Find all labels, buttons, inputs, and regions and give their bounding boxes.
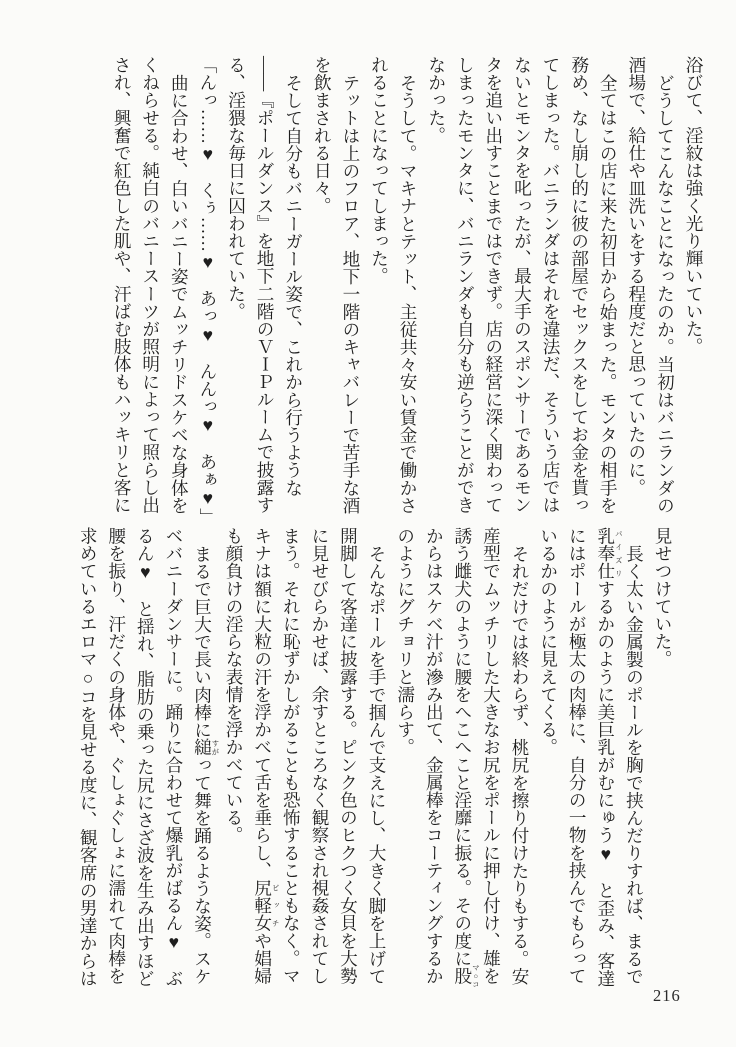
paragraph: 全てはこの店に来た初日から始まった。モンタの相手を務め、なし崩し的に彼の部屋でセ… (422, 56, 622, 522)
ruby-annotation: 股マ○コ (453, 967, 473, 985)
paragraph: 曲に合わせ、白いバニー姿でムッチリドスケベな身体をくねらせる。純白のバニースーツ… (108, 56, 194, 522)
ruby-annotation: 乳奉仕パイズリ (596, 527, 616, 580)
paragraph: テットは上のフロア、地下一階のキャバレーで苦手な酒を飲まされる日々。 (308, 56, 365, 522)
book-page: 浴びて、淫紋は強く光り輝いていた。どうしてこんなことになったのか。当初はバニラン… (0, 0, 736, 1047)
paragraph: そんなポールを手で掴んで支えにし、大きく脚を上げて開脚して客達に披露する。ピンク… (220, 527, 392, 993)
paragraph: そして自分もバニーガール姿で、これから行うような――『ポールダンス』を地下二階の… (222, 56, 308, 522)
ruby-annotation: 縋すが (193, 738, 213, 756)
paragraph: 長く太い金属製のポールを胸で挟んだりすれば、まるで乳奉仕パイズリするかのように美… (534, 527, 648, 993)
ruby-annotation: 尻軽女ビッチ (253, 879, 273, 932)
text-block-top: 浴びて、淫紋は強く光り輝いていた。どうしてこんなことになったのか。当初はバニラン… (58, 56, 708, 522)
page-number: 216 (653, 986, 681, 1006)
furigana: ビッチ (271, 879, 280, 932)
paragraph: そうして。マキナとテット、主従共々安い賃金で働かされることになってしまった。 (365, 56, 422, 522)
paragraph: それだけでは終わらず、桃尻を擦り付けたりもする。安産型でムッチリした大きなお尻を… (391, 527, 534, 993)
paragraph: 「んっ……♥ くぅ……♥ あっ♥ んんっ♥ あぁ♥」 (193, 56, 222, 522)
paragraph: 見せつけていた。 (648, 527, 677, 993)
paragraph: まるで巨大で長い肉棒に縋すがって舞を踊るような姿。スケベバニーダンサーに。踊りに… (74, 527, 220, 993)
furigana: すが (211, 738, 220, 756)
paragraph: 浴びて、淫紋は強く光り輝いていた。 (679, 56, 708, 522)
furigana: マ○コ (471, 964, 480, 988)
text-block-bottom: 見せつけていた。長く太い金属製のポールを胸で挟んだりすれば、まるで乳奉仕パイズリ… (27, 527, 677, 993)
paragraph: どうしてこんなことになったのか。当初はバニランダの酒場で、給仕や皿洗いをする程度… (622, 56, 679, 522)
furigana: パイズリ (614, 527, 623, 580)
